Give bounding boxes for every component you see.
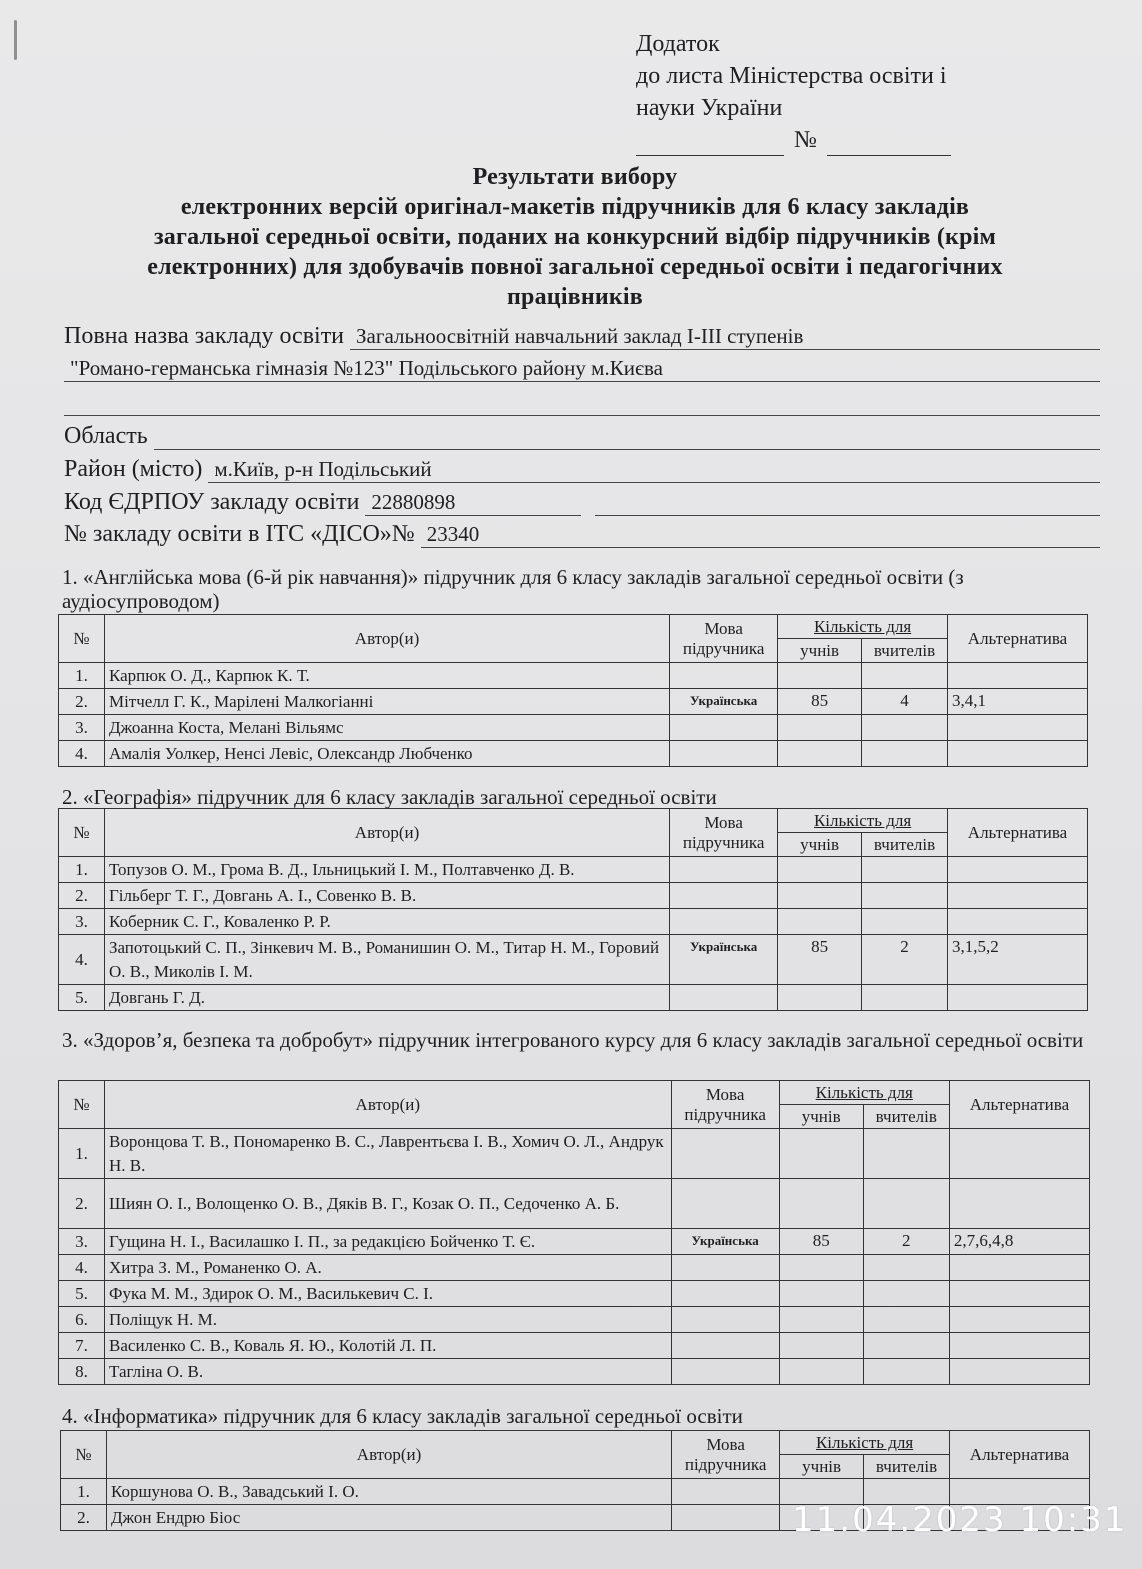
annex-number-blank — [827, 135, 951, 156]
row-number: 2. — [59, 1179, 105, 1229]
annex-line-1: Додаток — [636, 28, 951, 60]
row-number: 2. — [61, 1505, 107, 1531]
row-language — [672, 1479, 780, 1505]
row-authors: Амалія Уолкер, Ненсі Левіс, Олександр Лю… — [104, 741, 669, 767]
row-authors: Карпюк О. Д., Карпюк К. Т. — [104, 663, 669, 689]
district-field: Район (місто) м.Київ, р-н Подільський — [64, 453, 1100, 483]
row-language — [671, 1179, 779, 1229]
table-row: 3.Гущина Н. І., Василашко І. П., за реда… — [59, 1229, 1090, 1255]
row-alternative — [948, 857, 1088, 883]
row-authors: Джоанна Коста, Мелані Вільямс — [104, 715, 669, 741]
header-language-line-2: підручника — [674, 833, 773, 853]
row-number: 8. — [59, 1359, 105, 1385]
row-alternative — [948, 715, 1088, 741]
header-language-line-1: Мова — [676, 1435, 775, 1455]
row-language — [671, 1255, 779, 1281]
page-edge-mark — [14, 20, 17, 60]
table-row: 1.Воронцова Т. В., Пономаренко В. С., Ла… — [59, 1129, 1090, 1179]
edrpou-label: Код ЄДРПОУ закладу освіти — [64, 489, 359, 516]
row-alternative — [948, 883, 1088, 909]
header-quantity: Кількість для — [778, 615, 948, 639]
row-alternative: 3,1,5,2 — [948, 935, 1088, 985]
document-title: Результати вибору електронних версій ори… — [70, 162, 1080, 312]
region-label: Область — [64, 423, 148, 450]
header-language-line-2: підручника — [676, 1105, 775, 1125]
section-heading: 4. «Інформатика» підручник для 6 класу з… — [62, 1404, 1107, 1428]
photo-timestamp: 11.04.2023 10:31 — [792, 1500, 1127, 1540]
row-alternative — [948, 663, 1088, 689]
itc-value: 23340 — [421, 523, 1100, 548]
row-teachers — [863, 1307, 949, 1333]
title-line-5: працівників — [70, 282, 1080, 312]
row-authors: Поліщук Н. М. — [105, 1307, 672, 1333]
header-language: Мовапідручника — [670, 615, 778, 663]
header-teachers: вчителів — [862, 833, 948, 857]
row-students — [778, 985, 862, 1011]
row-authors: Довгань Г. Д. — [104, 985, 669, 1011]
header-language: Мовапідручника — [672, 1431, 780, 1479]
row-alternative: 2,7,6,4,8 — [949, 1229, 1089, 1255]
table-row: 3.Джоанна Коста, Мелані Вільямс — [59, 715, 1088, 741]
header-teachers: вчителів — [863, 1105, 949, 1129]
header-quantity-label: Кількість для — [814, 811, 911, 830]
row-alternative — [949, 1307, 1089, 1333]
row-teachers — [863, 1255, 949, 1281]
header-quantity: Кількість для — [780, 1431, 950, 1455]
row-students — [779, 1179, 863, 1229]
row-authors: Джон Ендрю Біос — [106, 1505, 671, 1531]
row-language — [670, 909, 778, 935]
row-number: 7. — [59, 1333, 105, 1359]
row-alternative — [948, 909, 1088, 935]
table-row: 2.Гільберг Т. Г., Довгань А. І., Совенко… — [59, 883, 1088, 909]
row-language — [672, 1505, 780, 1531]
header-language: Мовапідручника — [670, 809, 778, 857]
header-language: Мовапідручника — [671, 1081, 779, 1129]
row-teachers — [863, 1333, 949, 1359]
row-authors: Топузов О. М., Грома В. Д., Ільницький І… — [104, 857, 669, 883]
annex-date-blank — [636, 135, 784, 156]
header-authors: Автор(и) — [106, 1431, 671, 1479]
row-students — [779, 1333, 863, 1359]
district-value: м.Київ, р-н Подільський — [208, 458, 1100, 483]
row-students — [778, 909, 862, 935]
full-name-label: Повна назва закладу освіти — [64, 323, 344, 350]
row-teachers: 2 — [862, 935, 948, 985]
edrpou-value: 22880898 — [365, 491, 581, 516]
row-authors: Гущина Н. І., Василашко І. П., за редакц… — [105, 1229, 672, 1255]
row-language — [670, 985, 778, 1011]
header-students: учнів — [779, 1105, 863, 1129]
header-language-line-1: Мова — [676, 1085, 775, 1105]
row-students — [779, 1359, 863, 1385]
table-row: 8.Тагліна О. В. — [59, 1359, 1090, 1385]
row-authors: Воронцова Т. В., Пономаренко В. С., Лавр… — [105, 1129, 672, 1179]
header-authors: Автор(и) — [104, 809, 669, 857]
row-number: 4. — [59, 1255, 105, 1281]
table-row: 5.Довгань Г. Д. — [59, 985, 1088, 1011]
row-teachers — [863, 1359, 949, 1385]
row-authors: Тагліна О. В. — [105, 1359, 672, 1385]
row-language — [670, 715, 778, 741]
row-students: 85 — [778, 689, 862, 715]
header-no: № — [59, 809, 105, 857]
row-students — [778, 741, 862, 767]
row-language — [671, 1307, 779, 1333]
row-authors: Коберник С. Г., Коваленко Р. Р. — [104, 909, 669, 935]
full-name-value-3 — [64, 391, 1100, 416]
full-name-value-2: "Романо-германська гімназія №123" Поділь… — [64, 357, 1100, 382]
row-students: 85 — [779, 1229, 863, 1255]
row-authors: Шиян О. І., Волощенко О. В., Дяків В. Г.… — [105, 1179, 672, 1229]
row-teachers — [862, 883, 948, 909]
row-number: 1. — [59, 663, 105, 689]
annex-number-sign: № — [794, 124, 817, 156]
row-language — [671, 1129, 779, 1179]
row-authors: Мітчелл Г. К., Марілені Малкогіанні — [104, 689, 669, 715]
header-authors: Автор(и) — [104, 615, 669, 663]
row-authors: Коршунова О. В., Завадський І. О. — [106, 1479, 671, 1505]
table-row: 2.Шиян О. І., Волощенко О. В., Дяків В. … — [59, 1179, 1090, 1229]
header-alternative: Альтернатива — [948, 615, 1088, 663]
table-row: 3.Коберник С. Г., Коваленко Р. Р. — [59, 909, 1088, 935]
table-row: 2.Мітчелл Г. К., Марілені МалкогіанніУкр… — [59, 689, 1088, 715]
full-name-value-1: Загальноосвітній навчальний заклад І-ІІІ… — [350, 325, 1100, 350]
row-language — [670, 741, 778, 767]
row-authors: Василенко С. В., Коваль Я. Ю., Колотій Л… — [105, 1333, 672, 1359]
header-students: учнів — [778, 639, 862, 663]
header-language-line-1: Мова — [674, 813, 773, 833]
row-authors: Фука М. М., Здирок О. М., Василькевич С.… — [105, 1281, 672, 1307]
region-field: Область — [64, 420, 1100, 450]
row-number: 5. — [59, 1281, 105, 1307]
annex-block: Додаток до листа Міністерства освіти і н… — [636, 28, 951, 156]
section-heading: 2. «Географія» підручник для 6 класу зак… — [62, 785, 1107, 809]
row-alternative — [949, 1129, 1089, 1179]
row-students — [778, 663, 862, 689]
row-alternative — [949, 1359, 1089, 1385]
table-row: 5.Фука М. М., Здирок О. М., Василькевич … — [59, 1281, 1090, 1307]
row-teachers — [863, 1179, 949, 1229]
region-value — [154, 425, 1100, 450]
row-number: 2. — [59, 689, 105, 715]
row-students — [778, 883, 862, 909]
row-students — [779, 1281, 863, 1307]
title-line-3: загальної середньої освіти, поданих на к… — [70, 222, 1080, 252]
row-number: 1. — [59, 857, 105, 883]
row-alternative — [948, 741, 1088, 767]
full-name-field-3 — [64, 386, 1100, 416]
textbook-table: №Автор(и)МовапідручникаКількість дляАльт… — [58, 808, 1088, 1011]
row-number: 3. — [59, 909, 105, 935]
row-number: 2. — [59, 883, 105, 909]
row-language — [670, 663, 778, 689]
row-number: 4. — [59, 741, 105, 767]
full-name-field: Повна назва закладу освіти Загальноосвіт… — [64, 320, 1100, 350]
row-teachers — [862, 909, 948, 935]
row-teachers — [862, 663, 948, 689]
row-students: 85 — [778, 935, 862, 985]
header-quantity-label: Кількість для — [816, 1433, 913, 1452]
itc-label: № закладу освіти в ІТС «ДІСО»№ — [64, 521, 415, 548]
header-no: № — [61, 1431, 107, 1479]
title-line-2: електронних версій оригінал-макетів підр… — [70, 192, 1080, 222]
full-name-field-2: "Романо-германська гімназія №123" Поділь… — [64, 352, 1100, 382]
row-students — [778, 857, 862, 883]
annex-number-line: № — [636, 124, 951, 156]
header-teachers: вчителів — [862, 639, 948, 663]
row-students — [779, 1307, 863, 1333]
header-students: учнів — [778, 833, 862, 857]
header-teachers: вчителів — [864, 1455, 950, 1479]
row-alternative — [949, 1255, 1089, 1281]
row-language — [670, 883, 778, 909]
edrpou-extra-line — [595, 491, 1100, 516]
table-row: 1.Карпюк О. Д., Карпюк К. Т. — [59, 663, 1088, 689]
row-teachers — [863, 1129, 949, 1179]
row-alternative — [949, 1179, 1089, 1229]
row-authors: Запотоцький С. П., Зінкевич М. В., Роман… — [104, 935, 669, 985]
header-students: учнів — [780, 1455, 864, 1479]
row-students — [779, 1255, 863, 1281]
header-language-line-1: Мова — [674, 619, 773, 639]
table-row: 1.Топузов О. М., Грома В. Д., Ільницький… — [59, 857, 1088, 883]
row-teachers — [862, 715, 948, 741]
header-authors: Автор(и) — [105, 1081, 672, 1129]
header-alternative: Альтернатива — [949, 1081, 1089, 1129]
row-language — [670, 857, 778, 883]
table-row: 4.Амалія Уолкер, Ненсі Левіс, Олександр … — [59, 741, 1088, 767]
row-teachers: 4 — [862, 689, 948, 715]
section-heading: 1. «Англійська мова (6-й рік навчання)» … — [62, 565, 1107, 613]
row-authors: Хитра З. М., Романенко О. А. — [105, 1255, 672, 1281]
row-teachers — [863, 1281, 949, 1307]
header-alternative: Альтернатива — [950, 1431, 1090, 1479]
row-number: 5. — [59, 985, 105, 1011]
title-line-4: електронних) для здобувачів повної загал… — [70, 252, 1080, 282]
title-line-1: Результати вибору — [70, 162, 1080, 192]
row-teachers — [862, 857, 948, 883]
row-language: Українська — [670, 935, 778, 985]
header-alternative: Альтернатива — [948, 809, 1088, 857]
row-teachers — [862, 741, 948, 767]
row-students — [779, 1129, 863, 1179]
row-alternative — [948, 985, 1088, 1011]
row-alternative: 3,4,1 — [948, 689, 1088, 715]
table-row: 4.Хитра З. М., Романенко О. А. — [59, 1255, 1090, 1281]
table-row: 6.Поліщук Н. М. — [59, 1307, 1090, 1333]
row-number: 1. — [59, 1129, 105, 1179]
annex-line-3: науки України — [636, 92, 951, 124]
edrpou-field: Код ЄДРПОУ закладу освіти 22880898 — [64, 486, 1100, 516]
row-number: 1. — [61, 1479, 107, 1505]
header-language-line-2: підручника — [674, 639, 773, 659]
annex-line-2: до листа Міністерства освіти і — [636, 60, 951, 92]
row-number: 3. — [59, 715, 105, 741]
row-alternative — [949, 1333, 1089, 1359]
row-alternative — [949, 1281, 1089, 1307]
row-language — [671, 1333, 779, 1359]
row-language — [671, 1281, 779, 1307]
district-label: Район (місто) — [64, 456, 202, 483]
header-no: № — [59, 615, 105, 663]
header-quantity: Кількість для — [779, 1081, 949, 1105]
row-teachers: 2 — [863, 1229, 949, 1255]
row-students — [778, 715, 862, 741]
row-language: Українська — [670, 689, 778, 715]
row-number: 4. — [59, 935, 105, 985]
itc-field: № закладу освіти в ІТС «ДІСО»№ 23340 — [64, 518, 1100, 548]
textbook-table: №Автор(и)МовапідручникаКількість дляАльт… — [58, 614, 1088, 767]
textbook-table: №Автор(и)МовапідручникаКількість дляАльт… — [58, 1080, 1090, 1385]
header-quantity: Кількість для — [778, 809, 948, 833]
row-teachers — [862, 985, 948, 1011]
row-number: 6. — [59, 1307, 105, 1333]
header-no: № — [59, 1081, 105, 1129]
table-row: 7.Василенко С. В., Коваль Я. Ю., Колотій… — [59, 1333, 1090, 1359]
row-number: 3. — [59, 1229, 105, 1255]
row-authors: Гільберг Т. Г., Довгань А. І., Совенко В… — [104, 883, 669, 909]
header-quantity-label: Кількість для — [814, 617, 911, 636]
table-row: 4.Запотоцький С. П., Зінкевич М. В., Ром… — [59, 935, 1088, 985]
header-quantity-label: Кількість для — [816, 1083, 913, 1102]
row-language — [671, 1359, 779, 1385]
row-language: Українська — [671, 1229, 779, 1255]
header-language-line-2: підручника — [676, 1455, 775, 1475]
section-heading: 3. «Здоров’я, безпека та добробут» підру… — [62, 1028, 1107, 1052]
